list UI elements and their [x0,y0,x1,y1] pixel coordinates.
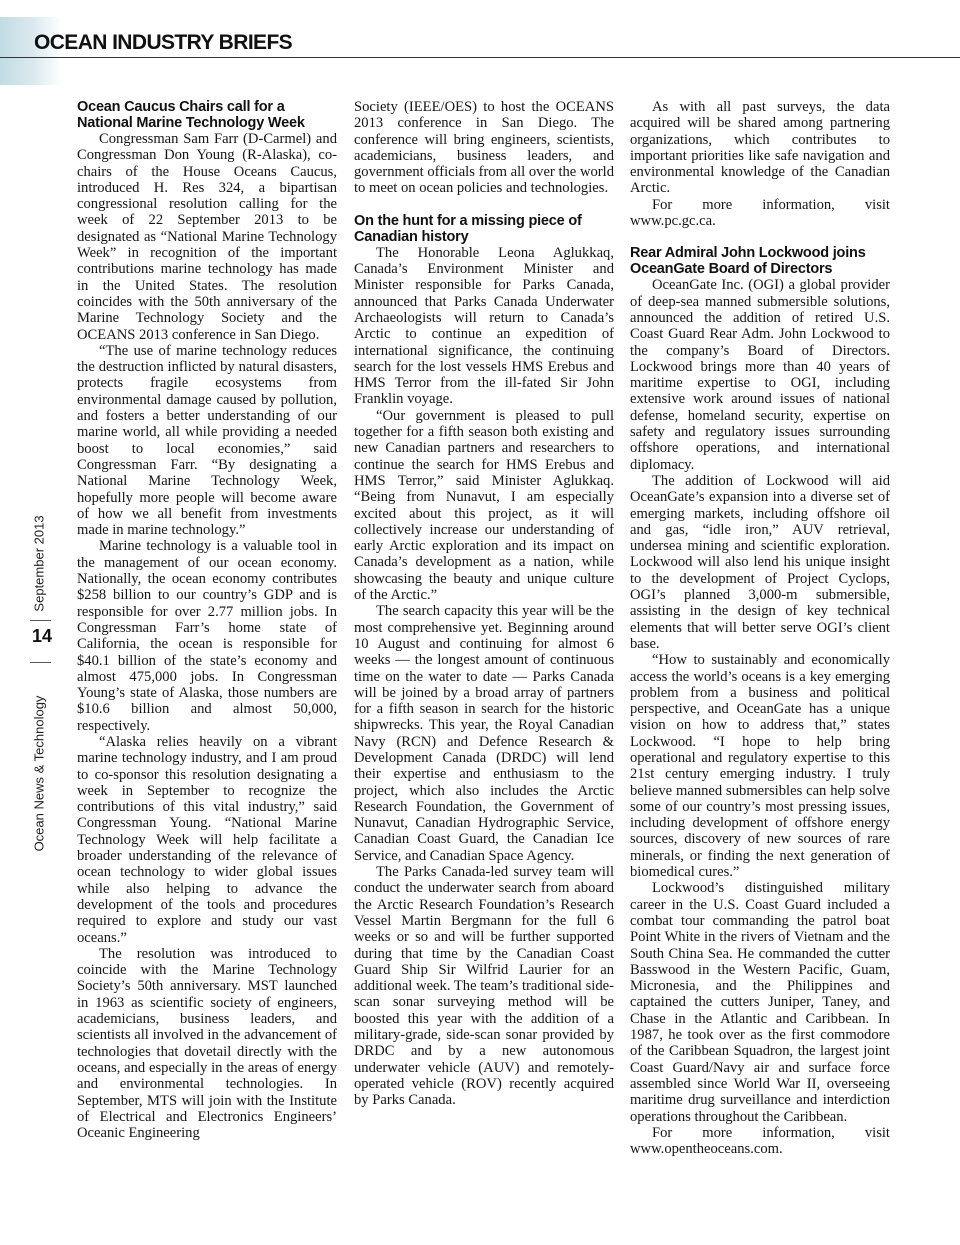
column-2: Society (IEEE/OES) to host the OCEANS 20… [354,99,614,1109]
page-number: 14 [22,626,62,647]
section-title: OCEAN INDUSTRY BRIEFS [34,31,292,55]
article-paragraph: “Alaska relies heavily on a vibrant mari… [77,734,337,946]
article-headline: Rear Admiral John Lockwood joins OceanGa… [630,245,890,277]
article-paragraph: The resolution was introduced to coincid… [77,946,337,1142]
publication-name: Ocean News & Technology [32,696,47,852]
folio-divider [30,620,51,621]
article-paragraph: The Honorable Leona Aglukkaq, Canada’s E… [354,245,614,408]
column-1: Ocean Caucus Chairs call for a National … [77,99,337,1141]
article-paragraph: OceanGate Inc. (OGI) a global provider o… [630,277,890,473]
article-paragraph: Marine technology is a valuable tool in … [77,538,337,734]
article-paragraph: Congressman Sam Farr (D-Carmel) and Cong… [77,131,337,343]
column-3: As with all past surveys, the data acqui… [630,99,890,1157]
article-paragraph: Society (IEEE/OES) to host the OCEANS 20… [354,99,614,197]
article-paragraph: “The use of marine technology reduces th… [77,343,337,539]
article-headline: On the hunt for a missing piece of Canad… [354,213,614,245]
article-link-paragraph: For more information, visit www.opentheo… [630,1125,890,1158]
article-paragraph: The addition of Lockwood will aid OceanG… [630,473,890,652]
article-paragraph: The Parks Canada-led survey team will co… [354,864,614,1108]
article-paragraph: “How to sustainably and economically acc… [630,652,890,880]
article-paragraph: Lockwood’s distinguished military career… [630,880,890,1124]
folio-divider [30,662,51,663]
article-paragraph: The search capacity this year will be th… [354,603,614,864]
issue-date: September 2013 [32,515,47,611]
page-folio: September 2013 14 Ocean News & Technolog… [22,498,56,888]
article-paragraph: “Our government is pleased to pull toget… [354,408,614,604]
article-headline: Ocean Caucus Chairs call for a National … [77,99,337,131]
header-divider [0,57,960,58]
article-paragraph: As with all past surveys, the data acqui… [630,99,890,197]
article-link-paragraph: For more information, visit www.pc.gc.ca… [630,197,890,230]
